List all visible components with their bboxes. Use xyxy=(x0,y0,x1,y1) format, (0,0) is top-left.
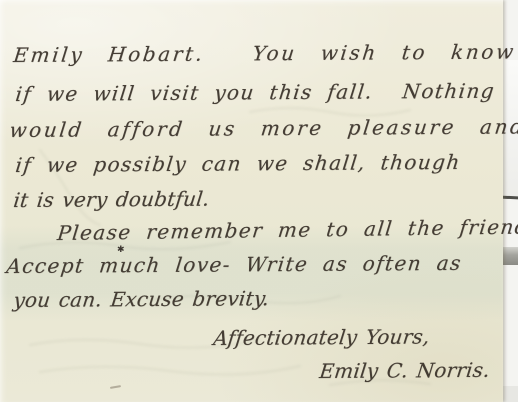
letter-line: Emily Hobart. You wish to know xyxy=(12,38,517,68)
scanner-shadow xyxy=(501,386,518,402)
envelope-edge-band xyxy=(501,247,518,265)
letter-line: if we will visit you this fall. Nothing xyxy=(14,78,497,107)
letter-signature: Emily C. Norris. xyxy=(318,357,491,384)
letter-page: Emily Hobart. You wish to know if we wil… xyxy=(0,0,503,402)
letter-line: Accept much love- Write as often as xyxy=(5,250,463,279)
ink-blot-mark: ✱ xyxy=(117,245,125,255)
letter-line: it is very doubtful. xyxy=(12,186,211,213)
letter-line: you can. Excuse brevity. xyxy=(12,285,271,313)
letter-line: if we possibly can we shall, though xyxy=(14,149,462,178)
scanned-letter: Emily Hobart. You wish to know if we wil… xyxy=(0,0,518,402)
letter-line: would afford us more pleasure and xyxy=(8,113,518,143)
letter-closing: Affectionately Yours, xyxy=(212,323,431,351)
